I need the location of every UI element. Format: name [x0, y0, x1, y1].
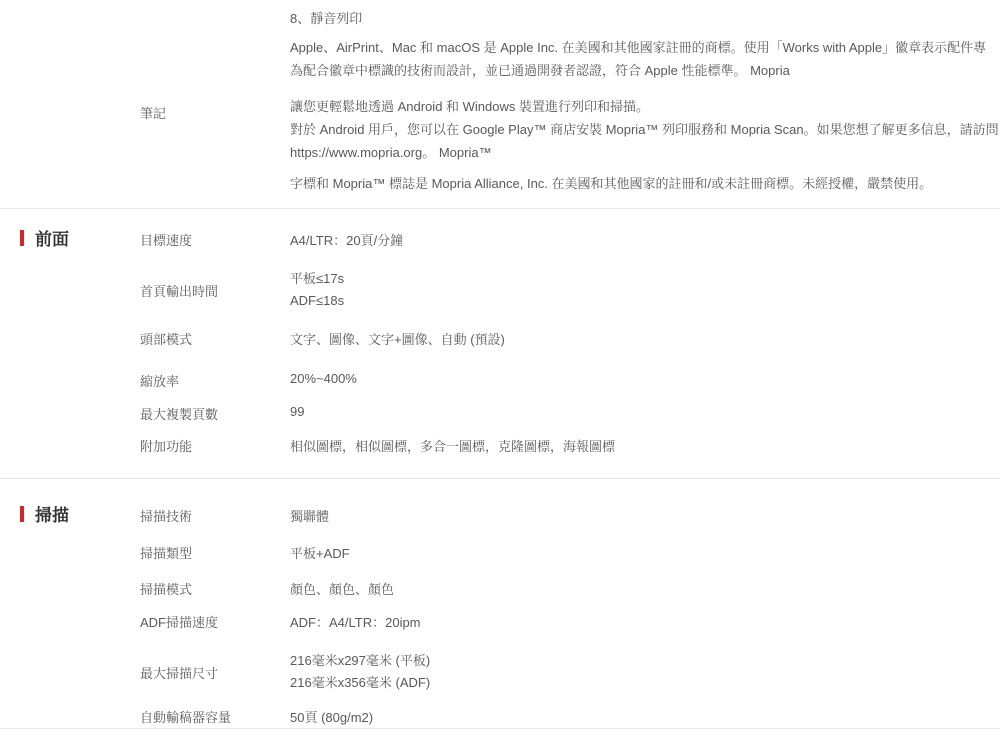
mopria-trademark-paragraph: 字標和 Mopria™ 標誌是 Mopria Alliance, Inc. 在美… [290, 172, 990, 195]
spec-value-line: 216毫米x297毫米 (平板) [290, 650, 430, 672]
notes-text: 讓您更輕鬆地透過 Android 和 Windows 裝置進行列印和掃描。 對於… [290, 95, 999, 164]
notes-line: 讓您更輕鬆地透過 Android 和 Windows 裝置進行列印和掃描。 [290, 95, 999, 118]
notes-line: 對於 Android 用戶，您可以在 Google Play™ 商店安裝 Mop… [290, 118, 999, 141]
spec-value-line: 平板≤17s [290, 268, 344, 290]
section-divider [0, 478, 1000, 479]
spec-value: 平板+ADF [290, 543, 350, 562]
spec-label: 目標速度 [140, 230, 192, 249]
spec-value-line: 216毫米x356毫米 (ADF) [290, 672, 430, 694]
section-title-text: 前面 [35, 225, 69, 250]
spec-value: ADF：A4/LTR：20ipm [290, 612, 421, 631]
spec-label: 最大掃描尺寸 [140, 663, 218, 682]
spec-label: 掃描類型 [140, 543, 192, 562]
spec-value: 相似圖標，相似圖標，多合一圖標，克隆圖標，海報圖標 [290, 436, 615, 455]
spec-value: 216毫米x297毫米 (平板) 216毫米x356毫米 (ADF) [290, 650, 430, 694]
section-scan-title: 掃描 [20, 501, 69, 526]
spec-value: A4/LTR：20頁/分鐘 [290, 230, 403, 249]
apple-trademark-paragraph: Apple、AirPrint、Mac 和 macOS 是 Apple Inc. … [290, 36, 990, 82]
spec-value: 99 [290, 404, 304, 419]
spec-label: ADF掃描速度 [140, 612, 218, 631]
spec-label: 縮放率 [140, 371, 179, 390]
spec-label: 頭部模式 [140, 329, 192, 348]
spec-label: 附加功能 [140, 436, 192, 455]
spec-label: 首頁輸出時間 [140, 281, 218, 300]
spec-label: 自動輸稿器容量 [140, 707, 231, 726]
spec-value: 20%~400% [290, 371, 357, 386]
notes-line: https://www.mopria.org。 Mopria™ [290, 141, 999, 164]
spec-value: 獨聯體 [290, 506, 329, 525]
spec-value: 文字、圖像、文字+圖像、自動 (預設) [290, 329, 505, 348]
notes-label: 筆記 [140, 103, 166, 122]
section-accent-bar [20, 230, 24, 246]
section-divider [0, 728, 1000, 729]
spec-value: 顏色、顏色、顏色 [290, 579, 394, 598]
spec-value: 平板≤17s ADF≤18s [290, 268, 344, 312]
list-item-quiet-print: 8、靜音列印 [290, 8, 362, 27]
section-divider [0, 208, 1000, 209]
section-accent-bar [20, 506, 24, 522]
spec-value: 50頁 (80g/m2) [290, 707, 373, 726]
section-title-text: 掃描 [35, 501, 69, 526]
spec-page: 8、靜音列印 Apple、AirPrint、Mac 和 macOS 是 Appl… [0, 0, 1000, 750]
spec-label: 掃描模式 [140, 579, 192, 598]
section-front-title: 前面 [20, 225, 69, 250]
spec-label: 最大複製頁數 [140, 404, 218, 423]
spec-value-line: ADF≤18s [290, 290, 344, 312]
spec-label: 掃描技術 [140, 506, 192, 525]
